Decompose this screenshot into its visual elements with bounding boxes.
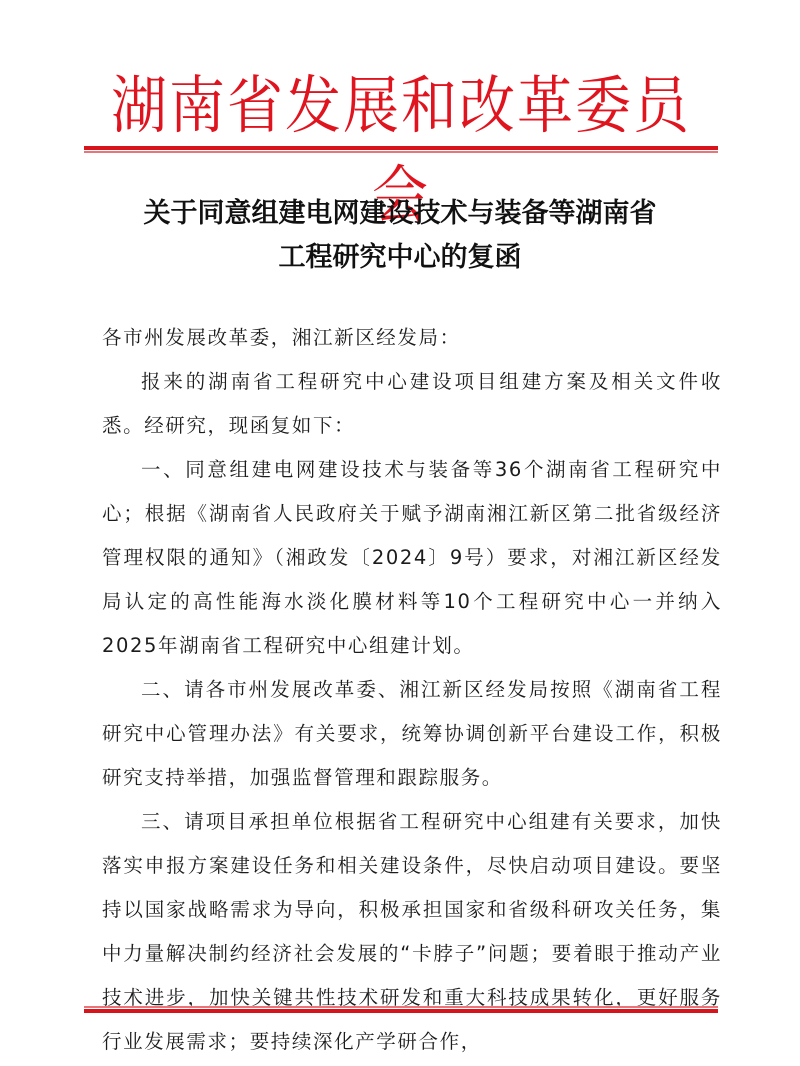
paragraph-1: 一、同意组建电网建设技术与装备等36个湖南省工程研究中心；根据《湖南省人民政府关… [102, 448, 722, 668]
document-body: 各市州发展改革委，湘江新区经发局： 报来的湖南省工程研究中心建设项目组建方案及相… [102, 316, 722, 1064]
paragraph-2: 二、请各市州发展改革委、湘江新区经发局按照《湖南省工程研究中心管理办法》有关要求… [102, 668, 722, 800]
footer-divider [84, 1009, 718, 1013]
masthead-divider-thin [84, 151, 718, 153]
document-page: 湖南省发展和改革委员会 关于同意组建电网建设技术与装备等湖南省 工程研究中心的复… [0, 0, 800, 1066]
footer-divider-thin [84, 1006, 718, 1008]
masthead-divider [84, 146, 718, 150]
paragraph-intro: 报来的湖南省工程研究中心建设项目组建方案及相关文件收悉。经研究，现函复如下： [102, 360, 722, 448]
paragraph-3: 三、请项目承担单位根据省工程研究中心组建有关要求，加快落实申报方案建设任务和相关… [102, 800, 722, 1064]
salutation: 各市州发展改革委，湘江新区经发局： [102, 316, 722, 360]
document-title: 关于同意组建电网建设技术与装备等湖南省 工程研究中心的复函 [100, 192, 700, 280]
title-line-1: 关于同意组建电网建设技术与装备等湖南省 [100, 192, 700, 236]
title-line-2: 工程研究中心的复函 [100, 236, 700, 280]
